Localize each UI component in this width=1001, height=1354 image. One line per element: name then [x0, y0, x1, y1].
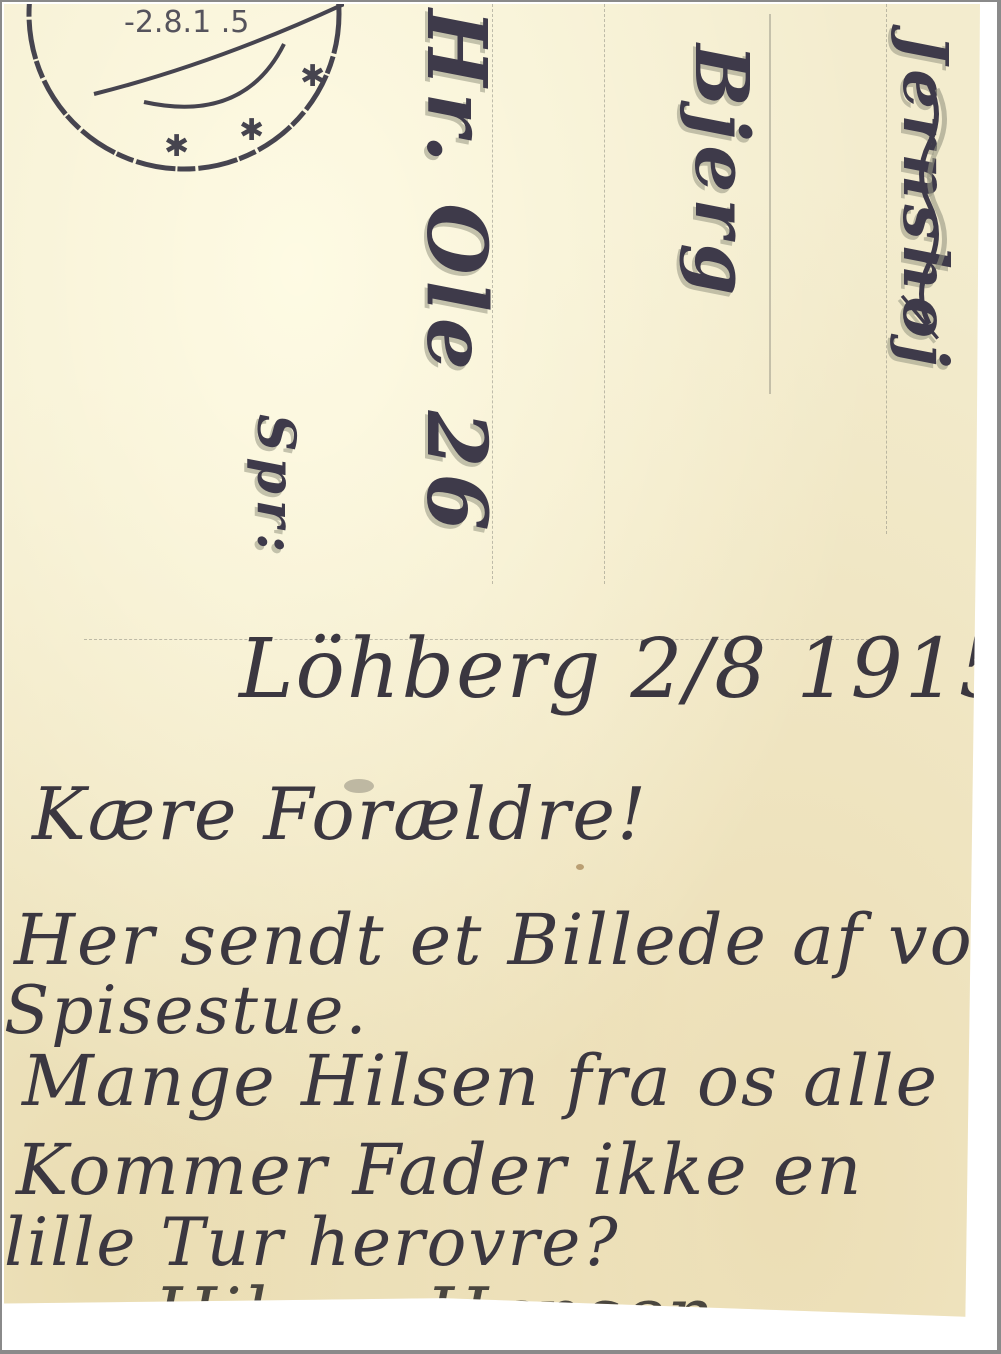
message-line: Mange Hilsen fra os alle: [22, 1040, 939, 1122]
address-line-street: Bjerg: [678, 44, 764, 301]
svg-text:✱: ✱: [164, 129, 189, 164]
address-divider-3: [886, 4, 887, 534]
svg-text:✱: ✱: [300, 59, 325, 94]
star-icon: ✱ ✱ ✱: [164, 59, 325, 164]
svg-text:-2.8.1 .5: -2.8.1 .5: [124, 5, 249, 40]
message-line: lille Tur herovre?: [4, 1204, 620, 1281]
postcard: ✱ ✱ ✱ -2.8.1 .5 Hr. Ole 26 Bjerg Jernshø…: [4, 4, 980, 1330]
wavy-underline: [904, 84, 954, 334]
scan-frame: ✱ ✱ ✱ -2.8.1 .5 Hr. Ole 26 Bjerg Jernshø…: [2, 2, 997, 1350]
ink-stain: [576, 864, 584, 870]
signature: Hilsen Hansen: [154, 1272, 716, 1354]
message-line: Kommer Fader ikke en: [16, 1129, 863, 1211]
ink-stain: [344, 779, 374, 793]
address-rule-2: [769, 14, 771, 394]
address-line-name: Hr. Ole 26: [408, 9, 504, 537]
address-divider-2: [604, 4, 605, 584]
postmark-stamp: ✱ ✱ ✱ -2.8.1 .5: [24, 0, 344, 174]
place-and-date: Löhberg 2/8 1915.: [239, 622, 1001, 717]
salutation: Kære Forældre!: [32, 772, 648, 856]
svg-text:✱: ✱: [239, 113, 264, 148]
address-line-note: Spr:: [245, 414, 306, 559]
message-line: Her sendt et Billede af vor: [14, 899, 1001, 981]
message-line: Spisestue.: [4, 972, 368, 1049]
